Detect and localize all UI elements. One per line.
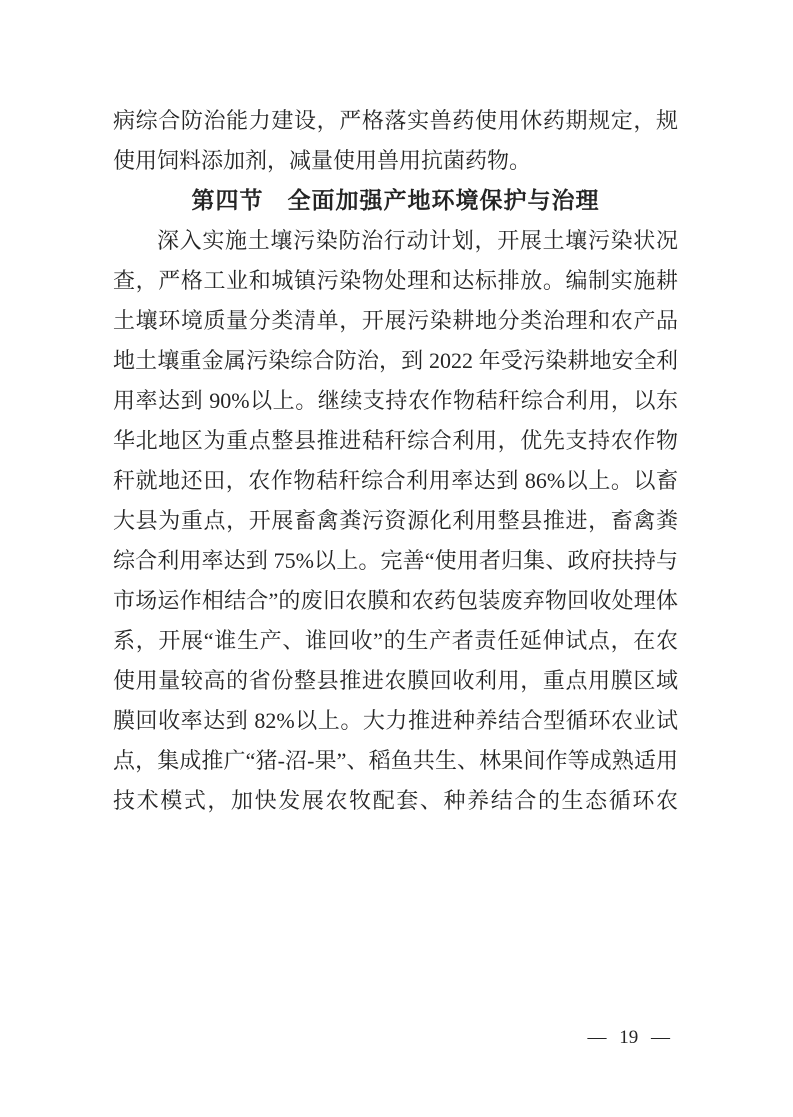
text-line: 深入实施土壤污染防治行动计划，开展土壤污染状况详: [113, 221, 678, 261]
continuation-paragraph: 病综合防治能力建设，严格落实兽药使用休药期规定，规范使用饲料添加剂，减量使用兽用…: [113, 101, 678, 181]
page-number: — 19 —: [588, 1027, 671, 1048]
text-line: 技术模式，加快发展农牧配套、种养结合的生态循环农业。: [113, 781, 678, 821]
section-heading: 第四节全面加强产地环境保护与治理: [113, 181, 678, 221]
text-line: 病综合防治能力建设，严格落实兽药使用休药期规定，规范: [113, 101, 678, 141]
section-label: 第四节: [192, 188, 264, 213]
text-line: 市场运作相结合”的废旧农膜和农药包装废弃物回收处理体: [113, 581, 678, 621]
document-page: 病综合防治能力建设，严格落实兽药使用休药期规定，规范使用饲料添加剂，减量使用兽用…: [0, 0, 793, 1117]
page-footer: — 19 —: [588, 1027, 671, 1049]
text-line: 使用量较高的省份整县推进农膜回收利用，重点用膜区域农: [113, 661, 678, 701]
body-paragraph: 深入实施土壤污染防治行动计划，开展土壤污染状况详查，严格工业和城镇污染物处理和达…: [113, 221, 678, 821]
text-line: 地土壤重金属污染综合防治，到 2022 年受污染耕地安全利: [113, 341, 678, 381]
text-line: 点，集成推广“猪-沼-果”、稻鱼共生、林果间作等成熟适用: [113, 741, 678, 781]
text-line: 华北地区为重点整县推进秸秆综合利用，优先支持农作物秸: [113, 421, 678, 461]
text-line: 系，开展“谁生产、谁回收”的生产者责任延伸试点，在农膜: [113, 621, 678, 661]
section-title: 全面加强产地环境保护与治理: [288, 188, 600, 213]
text-line: 秆就地还田，农作物秸秆综合利用率达到 86%以上。以畜牧: [113, 461, 678, 501]
text-line: 综合利用率达到 75%以上。完善“使用者归集、政府扶持与: [113, 541, 678, 581]
text-line: 土壤环境质量分类清单，开展污染耕地分类治理和农产品产: [113, 301, 678, 341]
text-line: 查，严格工业和城镇污染物处理和达标排放。编制实施耕地: [113, 261, 678, 301]
text-block: 病综合防治能力建设，严格落实兽药使用休药期规定，规范使用饲料添加剂，减量使用兽用…: [113, 101, 678, 821]
text-line: 用率达到 90%以上。继续支持农作物秸秆综合利用，以东北、: [113, 381, 678, 421]
text-line: 使用饲料添加剂，减量使用兽用抗菌药物。: [113, 141, 678, 181]
text-line: 膜回收率达到 82%以上。大力推进种养结合型循环农业试: [113, 701, 678, 741]
text-line: 大县为重点，开展畜禽粪污资源化利用整县推进，畜禽粪污: [113, 501, 678, 541]
